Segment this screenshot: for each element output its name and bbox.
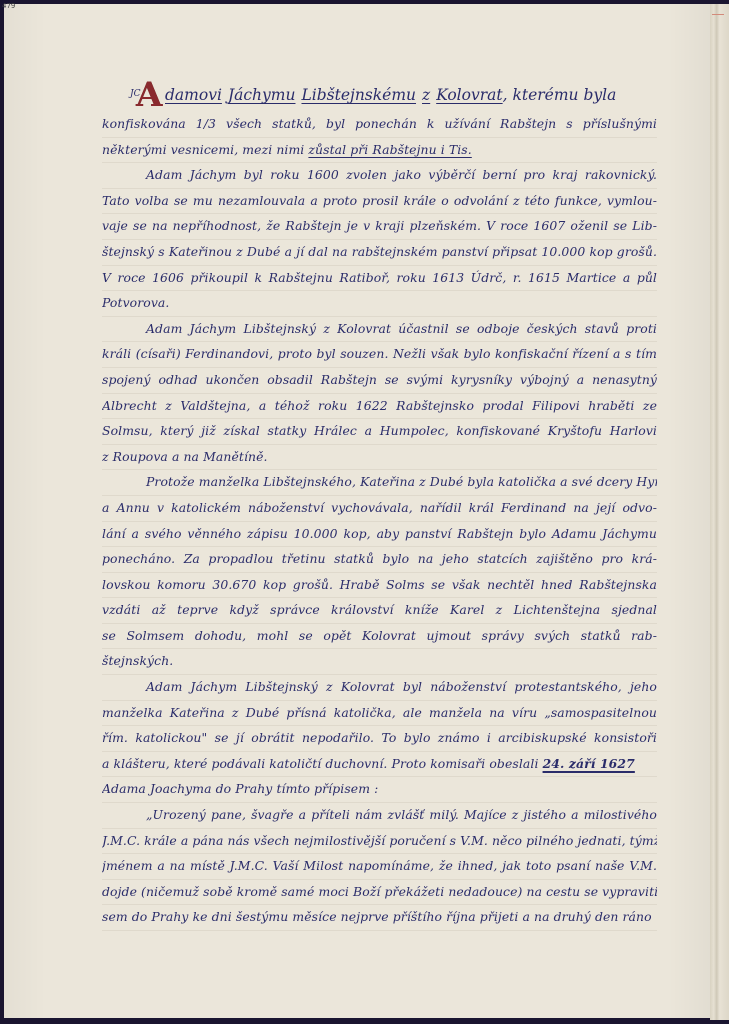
underlined-phrase: zůstal při Rabštejnu i Tis.	[308, 142, 471, 157]
title-conj: z	[422, 86, 430, 104]
text-line: V roce 1606 přikoupil k Rabštejnu Ratibo…	[102, 266, 657, 292]
title-word-1: damovi	[165, 86, 222, 104]
title-line: JC A damoviJáchymuLibštejnskémuzKolovrat…	[102, 78, 657, 112]
text-line: a klášteru, které podávali katoličtí duc…	[102, 752, 657, 778]
text-line: sem do Prahy ke dni šestýmu měsíce nejpr…	[102, 905, 657, 931]
text-line: Tato volba se mu nezamlouvala a proto pr…	[102, 189, 657, 215]
text-line: Adama Joachyma do Prahy tímto přípisem :	[102, 777, 657, 803]
text-line: vaje se na nepříhodnost, že Rabštejn je …	[102, 214, 657, 240]
text-line: Albrecht z Valdštejna, a téhož roku 1622…	[102, 394, 657, 420]
text-line: některými vesnicemi, mezi nimi zůstal př…	[102, 138, 657, 164]
text-line: štejnský s Kateřinou z Dubé a jí dal na …	[102, 240, 657, 266]
decorated-initial: JC A	[130, 78, 162, 112]
text-line: králi (císaři) Ferdinandovi, proto byl s…	[102, 342, 657, 368]
text-line: Adam Jáchym Libštejnský z Kolovrat byl n…	[102, 675, 657, 701]
line-text: a klášteru, které podávali katoličtí duc…	[102, 756, 543, 771]
title-name-3: Kolovrat	[436, 86, 502, 104]
text-line: konfiskována 1/3 všech statků, byl ponec…	[102, 112, 657, 138]
line-text: některými vesnicemi, mezi nimi	[102, 142, 308, 157]
handwritten-text: JC A damoviJáchymuLibštejnskémuzKolovrat…	[102, 78, 657, 931]
title-tail: , kterému byla	[503, 86, 617, 104]
text-line: řím. katolickou" se jí obrátit nepodařil…	[102, 726, 657, 752]
page-number-mark: 479	[2, 2, 15, 10]
text-line: štejnských.	[102, 649, 657, 675]
text-line: ponecháno. Za propadlou třetinu statků b…	[102, 547, 657, 573]
text-line: Adam Jáchym Libštejnský z Kolovrat účast…	[102, 317, 657, 343]
paragraphs: konfiskována 1/3 všech statků, byl ponec…	[102, 112, 657, 931]
title-name-2: Libštejnskému	[301, 86, 416, 104]
text-line: lání a svého věnného zápisu 10.000 kop, …	[102, 522, 657, 548]
text-line: „Urozený pane, švagře a příteli nám zvlá…	[102, 803, 657, 829]
text-line: z Roupova a na Manětíně.	[102, 445, 657, 471]
text-line: dojde (ničemuž sobě kromě samé moci Boží…	[102, 880, 657, 906]
text-line: J.M.C. krále a pána nás všech nejmilosti…	[102, 829, 657, 855]
text-line: Potvorova.	[102, 291, 657, 317]
text-line: a Annu v katolickém náboženství vychováv…	[102, 496, 657, 522]
text-line: se Solmsem dohodu, mohl se opět Kolovrat…	[102, 624, 657, 650]
page-stack-edge	[710, 4, 729, 1020]
text-line: manželka Kateřina z Dubé přísná katoličk…	[102, 701, 657, 727]
bookmark-tab	[712, 14, 724, 15]
text-line: jménem a na místě J.M.C. Vaší Milost nap…	[102, 854, 657, 880]
text-line: lovskou komoru 30.670 kop grošů. Hrabě S…	[102, 573, 657, 599]
title-name-1: Jáchymu	[228, 86, 296, 104]
underlined-date: 24. září 1627	[543, 756, 635, 771]
text-line: spojený odhad ukončen obsadil Rabštejn s…	[102, 368, 657, 394]
text-line: vzdáti až teprve když správce království…	[102, 598, 657, 624]
text-line: Adam Jáchym byl roku 1600 zvolen jako vý…	[102, 163, 657, 189]
text-line: Solmsu, který již získal statky Hrálec a…	[102, 419, 657, 445]
initial-letter: A	[136, 78, 162, 112]
text-line: Protože manželka Libštejnského, Kateřina…	[102, 470, 657, 496]
